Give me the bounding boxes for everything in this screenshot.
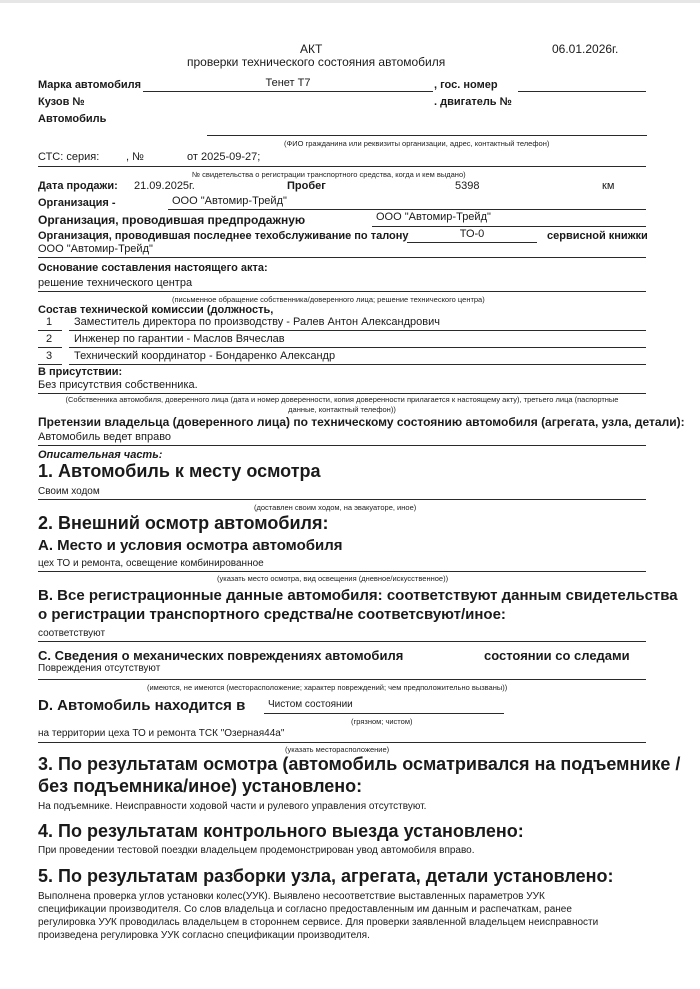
section-2b-title-line2: о регистрации транспортного средства/не … (38, 606, 506, 623)
commission-member-underline (69, 330, 646, 331)
section-2d-hint: (грязном; чистом) (351, 717, 412, 726)
section-5-line: регулировка УУК проводилась владельцем в… (38, 917, 598, 928)
section-2c-value: Повреждения отсутствуют (38, 663, 160, 674)
commission-member-number: 1 (38, 316, 60, 328)
section-2c-hint: (имеются, не имеются (месторасположение;… (147, 683, 507, 692)
org-underline (168, 209, 646, 210)
section-2-title: 2. Внешний осмотр автомобиля: (38, 513, 328, 534)
service-ticket-underline (407, 242, 537, 243)
sts-date-label: от 2025-09-27; (187, 151, 260, 163)
claims-label: Претензии владельца (доверенного лица) п… (38, 415, 685, 429)
descriptive-label: Описательная часть: (38, 449, 162, 461)
sts-hint: № свидетельства о регистрации транспортн… (192, 170, 466, 179)
commission-number-underline (38, 364, 62, 365)
mileage-label: Пробег (287, 180, 326, 192)
section-2a-underline (38, 571, 646, 572)
service-org-label: Организация, проводившая последнее техоб… (38, 230, 409, 242)
section-2d-location-hint: (указать месторасположение) (285, 745, 389, 754)
basis-value: решение технического центра (38, 277, 192, 289)
presence-hint-line1: (Собственника автомобиля, доверенного ли… (38, 395, 646, 404)
commission-member-underline (69, 364, 646, 365)
section-2c-title: С. Сведения о механических повреждениях … (38, 648, 403, 663)
section-2b-value: соответствуют (38, 628, 105, 639)
claims-underline (38, 445, 646, 446)
section-2a-hint: (указать место осмотра, вид освещения (д… (217, 574, 448, 583)
owner-underline (207, 135, 647, 136)
plate-underline (518, 91, 646, 92)
presence-label: В присутствии: (38, 366, 122, 378)
basis-label: Основание составления настоящего акта: (38, 262, 268, 274)
page-top-edge (0, 0, 700, 3)
commission-member-number: 2 (38, 333, 60, 345)
section-2b-underline (38, 641, 646, 642)
commission-member-underline (69, 347, 646, 348)
sts-number-label: , № (126, 151, 144, 163)
service-org-value: ООО "Автомир-Трейд" (38, 243, 153, 255)
presence-value: Без присутствия собственника. (38, 379, 198, 391)
section-5-line: Выполнена проверка углов установки колес… (38, 891, 545, 902)
section-2c-underline (38, 679, 646, 680)
section-5-line: спецификации производителя. Со слов влад… (38, 904, 572, 915)
section-3-title-line2: без подъемника/иное) установлено: (38, 776, 362, 797)
section-2d-underline (264, 713, 504, 714)
section-1-value: Своим ходом (38, 486, 100, 497)
document-subtitle: проверки технического состояния автомоби… (187, 55, 445, 69)
engine-number-label: . двигатель № (434, 96, 512, 108)
presale-org-label: Организация, проводившая предпродажную (38, 213, 305, 227)
basis-hint: (письменное обращение собственника/довер… (172, 295, 485, 304)
service-book-label: сервисной книжки (547, 230, 648, 242)
org-value: ООО "Автомир-Трейд" (172, 195, 287, 207)
commission-member: Инженер по гарантии - Маслов Вячеслав (74, 333, 285, 345)
service-org-underline (38, 257, 646, 258)
sale-date-label: Дата продажи: (38, 180, 118, 192)
plate-label: , гос. номер (434, 79, 498, 91)
sale-date-value: 21.09.2025г. (134, 180, 195, 192)
commission-member-number: 3 (38, 350, 60, 362)
section-2a-value: цех ТО и ремонта, освещение комбинирован… (38, 558, 264, 569)
claims-value: Автомобиль ведет вправо (38, 431, 171, 443)
sts-underline (38, 166, 646, 167)
sts-series-label: СТС: серия: (38, 151, 99, 163)
section-5-title: 5. По результатам разборки узла, агрегат… (38, 866, 614, 887)
brand-field[interactable]: Тенет Т7 (143, 77, 433, 89)
section-2d-location-underline (38, 742, 646, 743)
presence-underline (38, 393, 646, 394)
commission-number-underline (38, 347, 62, 348)
basis-underline (38, 291, 646, 292)
document-date: 06.01.2026г. (552, 42, 618, 56)
section-1-title: 1. Автомобиль к месту осмотра (38, 461, 321, 482)
section-1-hint: (доставлен своим ходом, на эвакуаторе, и… (254, 503, 416, 512)
section-2b-title-line1: В. Все регистрационные данные автомобиля… (38, 587, 678, 604)
section-3-title-line1: 3. По результатам осмотра (автомобиль ос… (38, 754, 680, 775)
service-ticket-value: ТО-0 (407, 228, 537, 240)
section-4-title: 4. По результатам контрольного выезда ус… (38, 821, 524, 842)
commission-number-underline (38, 330, 62, 331)
org-label: Организация - (38, 197, 115, 209)
section-5-line: произведена регулировка УУК согласно спе… (38, 930, 370, 941)
brand-underline (143, 91, 433, 92)
section-3-value: На подъемнике. Неисправности ходовой час… (38, 801, 426, 812)
section-2a-title: А. Место и условия осмотра автомобиля (38, 537, 343, 554)
presale-underline (372, 226, 646, 227)
section-1-underline (38, 499, 646, 500)
owner-label: Автомобиль (38, 113, 106, 125)
presence-hint-line2: данные, контактный телефон)) (38, 405, 646, 414)
section-2d-location: на территории цеха ТО и ремонта ТСК "Озе… (38, 728, 284, 739)
document-title: АКТ (300, 42, 322, 56)
section-4-value: При проведении тестовой поездки владельц… (38, 845, 475, 856)
mileage-unit: км (602, 180, 614, 192)
section-2d-title: D. Автомобиль находится в (38, 697, 245, 714)
mileage-value: 5398 (455, 180, 479, 192)
commission-label: Состав технической комиссии (должность, (38, 304, 273, 316)
section-2d-value: Чистом состоянии (268, 699, 353, 710)
presale-org-value: ООО "Автомир-Трейд" (376, 211, 491, 223)
commission-member: Технический координатор - Бондаренко Але… (74, 350, 335, 362)
owner-hint: (ФИО гражданина или реквизиты организаци… (284, 139, 549, 148)
body-number-label: Кузов № (38, 96, 85, 108)
section-2c-title-right: состоянии со следами (484, 648, 630, 663)
brand-label: Марка автомобиля (38, 79, 141, 91)
commission-member: Заместитель директора по производству - … (74, 316, 440, 328)
